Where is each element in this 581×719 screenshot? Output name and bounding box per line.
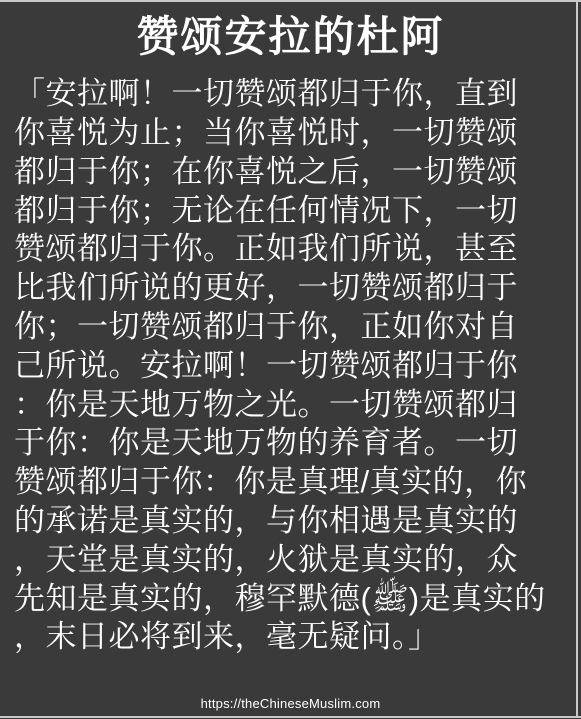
dua-text-line: 赞颂都归于你：你是真理/真实的，你 bbox=[14, 463, 567, 502]
dua-text-line: 「安拉啊！一切赞颂都归于你，直到 bbox=[14, 75, 567, 114]
dua-text-line: 先知是真实的，穆罕默德(ﷺ)是真实的 bbox=[14, 580, 567, 619]
dua-text-line: 你喜悦为止；当你喜悦时，一切赞颂 bbox=[14, 114, 567, 153]
bottom-edge-line bbox=[0, 716, 581, 718]
top-edge-line bbox=[0, 0, 581, 2]
dua-text-line: 于你：你是天地万物的养育者。一切 bbox=[14, 424, 567, 463]
page-title: 赞颂安拉的杜阿 bbox=[0, 0, 581, 60]
dua-text-line: 都归于你；无论在任何情况下，一切 bbox=[14, 192, 567, 231]
dua-text-line: 赞颂都归于你。正如我们所说，甚至 bbox=[14, 230, 567, 269]
dua-text-line: 己所说。安拉啊！一切赞颂都归于你 bbox=[14, 347, 567, 386]
right-edge-line bbox=[576, 2, 578, 717]
dua-text-line: 比我们所说的更好，一切赞颂都归于 bbox=[14, 269, 567, 308]
dua-text-line: 你；一切赞颂都归于你，正如你对自 bbox=[14, 308, 567, 347]
dua-text-line: ，天堂是真实的，火狱是真实的，众 bbox=[14, 541, 567, 580]
dua-poster: 赞颂安拉的杜阿 「安拉啊！一切赞颂都归于你，直到 你喜悦为止；当你喜悦时，一切赞… bbox=[0, 0, 581, 719]
footer-url: https://theChineseMuslim.com bbox=[0, 696, 581, 711]
dua-text-line: 都归于你；在你喜悦之后，一切赞颂 bbox=[14, 153, 567, 192]
dua-text-line: ：你是天地万物之光。一切赞颂都归 bbox=[14, 386, 567, 425]
dua-text: 「安拉啊！一切赞颂都归于你，直到 你喜悦为止；当你喜悦时，一切赞颂 都归于你；在… bbox=[0, 75, 581, 657]
dua-text-line: 的承诺是真实的，与你相遇是真实的 bbox=[14, 502, 567, 541]
dua-text-line: ，末日必将到来，毫无疑问。」 bbox=[14, 618, 567, 657]
